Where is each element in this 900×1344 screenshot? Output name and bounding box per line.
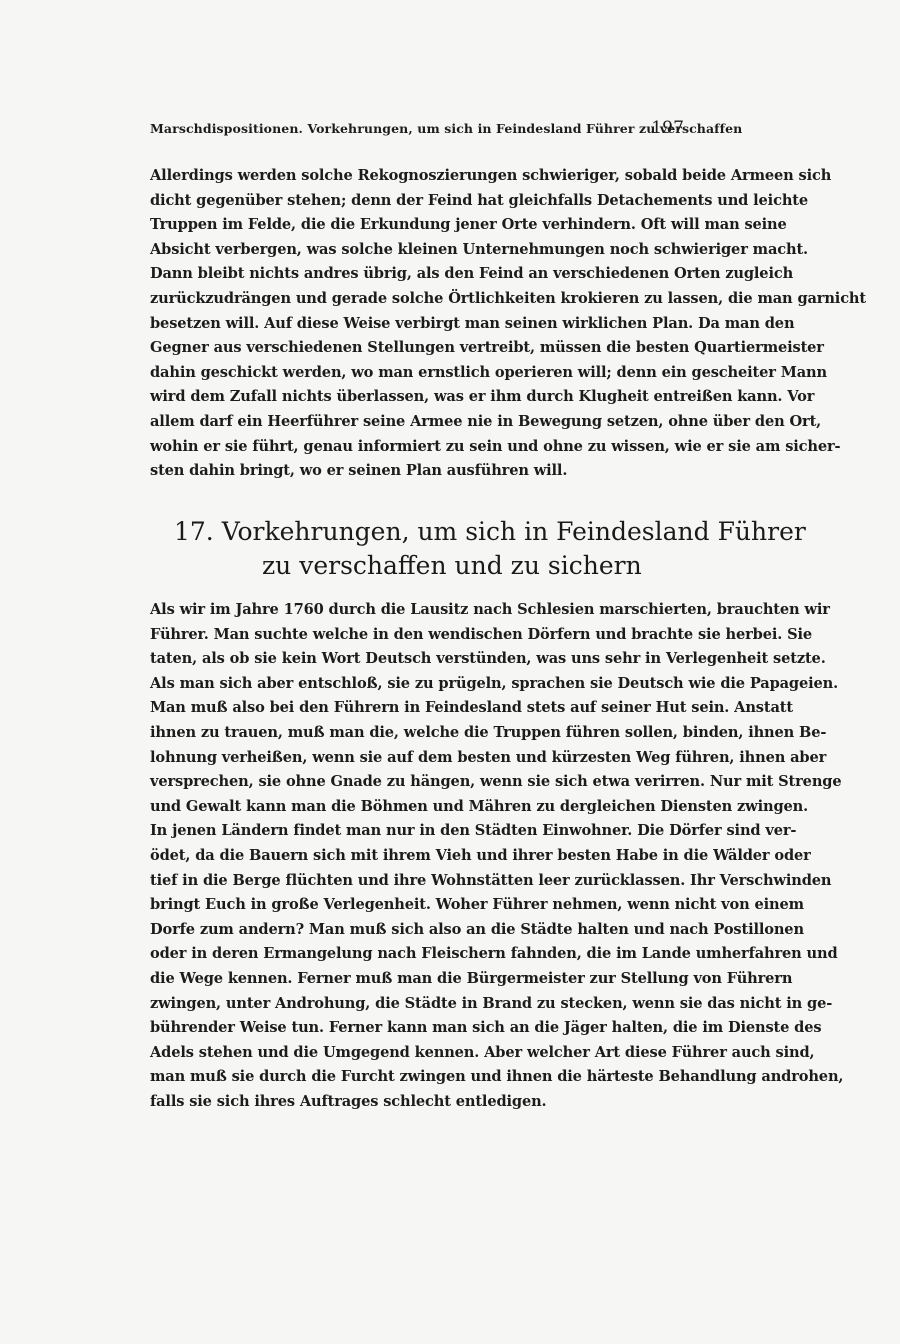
- page-number: 197: [651, 118, 684, 138]
- text-line: taten, als ob sie kein Wort Deutsch vers…: [150, 647, 678, 672]
- text-line: wohin er sie führt, genau informiert zu …: [150, 435, 678, 460]
- text-line: Dann bleibt nichts andres übrig, als den…: [150, 262, 678, 287]
- text-line: tief in die Berge flüchten und ihre Wohn…: [150, 869, 678, 894]
- text-line: besetzen will. Auf diese Weise verbirgt …: [150, 312, 678, 337]
- text-line: Allerdings werden solche Rekognoszierung…: [150, 164, 678, 189]
- paragraph-1: Allerdings werden solche Rekognoszierung…: [150, 164, 678, 484]
- text-line: bringt Euch in große Verlegenheit. Woher…: [150, 893, 678, 918]
- text-line: zurückzudrängen und gerade solche Örtlic…: [150, 287, 678, 312]
- text-line: ihnen zu trauen, muß man die, welche die…: [150, 721, 678, 746]
- text-line: sten dahin bringt, wo er seinen Plan aus…: [150, 459, 678, 484]
- text-line: Man muß also bei den Führern in Feindesl…: [150, 696, 678, 721]
- text-line: falls sie sich ihres Auftrages schlecht …: [150, 1090, 678, 1115]
- text-line: Dorfe zum andern? Man muß sich also an d…: [150, 918, 678, 943]
- chapter-heading: 17. Vorkehrungen, um sich in Feindesland…: [150, 515, 750, 583]
- running-head: Marschdispositionen. Vorkehrungen, um si…: [150, 121, 684, 141]
- text-line: wird dem Zufall nichts überlassen, was e…: [150, 385, 678, 410]
- text-line: lohnung verheißen, wenn sie auf dem best…: [150, 746, 678, 771]
- text-line: Als wir im Jahre 1760 durch die Lausitz …: [150, 598, 678, 623]
- text-line: Als man sich aber entschloß, sie zu prüg…: [150, 672, 678, 697]
- text-line: zwingen, unter Androhung, die Städte in …: [150, 992, 678, 1017]
- text-line: versprechen, sie ohne Gnade zu hängen, w…: [150, 770, 678, 795]
- paragraph-2: Als wir im Jahre 1760 durch die Lausitz …: [150, 598, 678, 1114]
- text-line: ödet, da die Bauern sich mit ihrem Vieh …: [150, 844, 678, 869]
- text-line: allem darf ein Heerführer seine Armee ni…: [150, 410, 678, 435]
- text-line: In jenen Ländern findet man nur in den S…: [150, 819, 678, 844]
- book-page: Marschdispositionen. Vorkehrungen, um si…: [0, 0, 900, 1344]
- text-line: die Wege kennen. Ferner muß man die Bürg…: [150, 967, 678, 992]
- text-line: bührender Weise tun. Ferner kann man sic…: [150, 1016, 678, 1041]
- text-line: dicht gegenüber stehen; denn der Feind h…: [150, 189, 678, 214]
- text-line: dahin geschickt werden, wo man ernstlich…: [150, 361, 678, 386]
- text-line: Truppen im Felde, die die Erkundung jene…: [150, 213, 678, 238]
- text-line: Absicht verbergen, was solche kleinen Un…: [150, 238, 678, 263]
- chapter-heading-line-2: zu verschaffen und zu sichern: [150, 549, 750, 583]
- text-line: man muß sie durch die Furcht zwingen und…: [150, 1065, 678, 1090]
- chapter-heading-line-1: 17. Vorkehrungen, um sich in Feindesland…: [150, 515, 750, 549]
- text-line: Adels stehen und die Umgegend kennen. Ab…: [150, 1041, 678, 1066]
- text-line: oder in deren Ermangelung nach Fleischer…: [150, 942, 678, 967]
- text-line: Führer. Man suchte welche in den wendisc…: [150, 623, 678, 648]
- text-line: Gegner aus verschiedenen Stellungen vert…: [150, 336, 678, 361]
- text-line: und Gewalt kann man die Böhmen und Mähre…: [150, 795, 678, 820]
